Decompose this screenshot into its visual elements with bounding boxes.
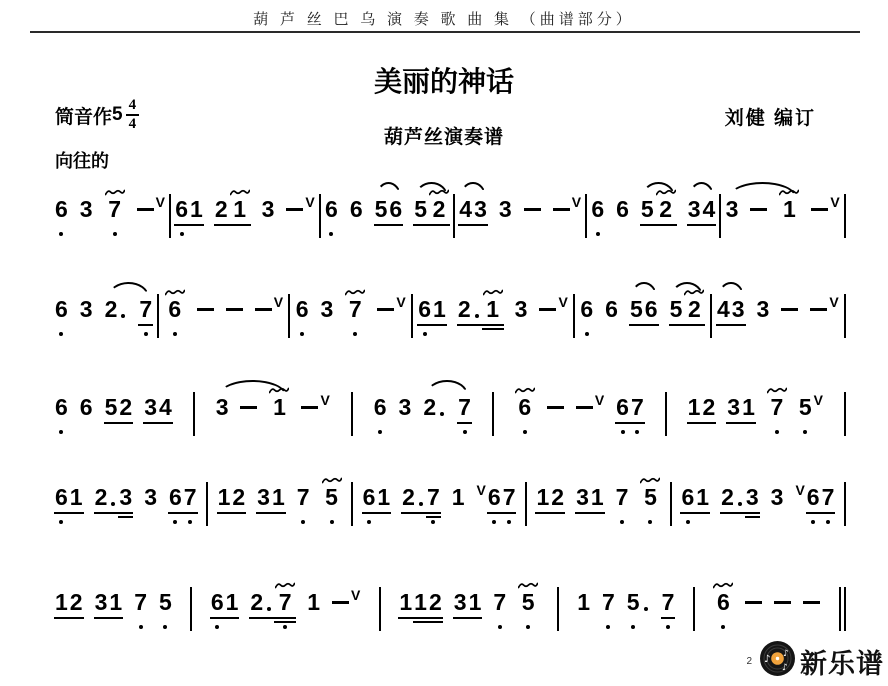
- ornament-slot: [705, 380, 713, 394]
- note-digit: 7: [493, 589, 506, 616]
- note-digit: 2: [429, 589, 442, 616]
- note-glyph: 1: [398, 575, 413, 631]
- ornament-slot: [426, 380, 434, 394]
- underline-slot: [414, 223, 427, 231]
- svg-text:♪: ♪: [783, 649, 789, 659]
- note-glyph: [773, 575, 792, 631]
- note-glyph: 7: [426, 470, 441, 526]
- eighth-underline: [174, 224, 189, 226]
- underline-slot: [269, 421, 289, 429]
- ornament-slot: [736, 470, 744, 484]
- note-glyph: [225, 282, 244, 338]
- note-digit: 6: [616, 394, 629, 421]
- low-octave-dot: [596, 232, 600, 236]
- note-digit: 2: [551, 484, 564, 511]
- ornament-slot: [147, 380, 155, 394]
- note-token: 31: [726, 380, 756, 436]
- note-token: 5: [321, 470, 343, 526]
- note-glyph: 6: [54, 182, 69, 238]
- eighth-underline: [413, 617, 428, 619]
- underline-slot: [551, 511, 564, 519]
- underline-slot: [377, 511, 390, 519]
- underline-slot: [80, 323, 93, 331]
- note-main: V: [305, 196, 314, 223]
- note-token: 3: [756, 282, 771, 338]
- barline: [719, 194, 721, 238]
- octave-dot-slot: [515, 331, 528, 338]
- octave-dot-slot: [297, 519, 310, 526]
- ornament-slot: [580, 380, 588, 394]
- eighth-underline: [158, 422, 173, 424]
- barline: [844, 482, 846, 526]
- eighth-underline: [550, 512, 565, 514]
- note-main: 7: [297, 484, 310, 511]
- ornament-slot: [298, 282, 306, 296]
- eighth-underline: [683, 324, 705, 326]
- note-main: V: [351, 589, 360, 616]
- eighth-underline: [94, 617, 109, 619]
- underline-slot: [105, 223, 125, 231]
- octave-dot-slot: [414, 624, 427, 631]
- eighth-underline: [108, 512, 118, 514]
- note-main: 2: [232, 484, 245, 511]
- underline-slot: [458, 421, 471, 429]
- note-glyph: 6: [295, 282, 310, 338]
- brand-name: 新乐谱: [800, 642, 884, 681]
- underline-slot: [572, 223, 581, 231]
- note-token: 5V: [798, 380, 824, 436]
- underline-slot: [781, 323, 798, 331]
- note-glyph: 6: [680, 470, 695, 526]
- note-main: 3: [746, 484, 759, 511]
- note-digit: 5: [670, 296, 683, 323]
- note-digit: 1: [486, 296, 499, 323]
- note-token: 67: [168, 470, 198, 526]
- underline-slot: [321, 323, 334, 331]
- eighth-underline: [143, 422, 158, 424]
- low-octave-dot: [811, 520, 815, 524]
- note-main: 3: [80, 296, 93, 323]
- ornament-slot: [473, 282, 481, 296]
- note-digit: 4: [703, 196, 716, 223]
- barline: [411, 294, 413, 338]
- low-octave-dot: [330, 520, 334, 524]
- measure: 123175: [217, 470, 343, 526]
- note-main: V: [477, 484, 486, 511]
- octave-dot-slot: [137, 231, 154, 238]
- underline-slot: [577, 616, 590, 624]
- barline: [169, 194, 171, 238]
- note-digit: 3: [727, 394, 740, 421]
- note-glyph: [196, 282, 215, 338]
- ornament-slot: [608, 282, 616, 296]
- underline-slot: [732, 323, 745, 331]
- underline-slot: [320, 421, 329, 429]
- barline: [193, 392, 195, 436]
- note-digit: 6: [389, 196, 402, 223]
- eighth-underline: [398, 617, 413, 619]
- octave-dot-slot: [296, 331, 309, 338]
- barline: [190, 587, 192, 631]
- ornament-slot: [327, 182, 335, 196]
- underline-slot: [351, 616, 360, 624]
- measure: 31V: [215, 380, 331, 436]
- note-digit: 5: [641, 196, 654, 223]
- ornament-slot: [72, 470, 80, 484]
- ornament-slot: [728, 182, 736, 196]
- note-digit: 1: [273, 394, 286, 421]
- note-token: 56: [629, 282, 659, 338]
- note-token: 23: [720, 470, 760, 526]
- note-token: V: [300, 380, 330, 436]
- eighth-underline: [735, 512, 745, 514]
- octave-dot-slot: [272, 519, 285, 526]
- ornament-slot: [496, 575, 504, 589]
- final-barline: [839, 587, 846, 631]
- note-main: 6: [580, 296, 593, 323]
- octave-dot-slot: [726, 231, 739, 238]
- note-glyph: 6: [210, 575, 225, 631]
- note-glyph: [523, 182, 542, 238]
- note-main: 6: [717, 589, 730, 616]
- note-glyph: 2: [231, 470, 246, 526]
- note-glyph: [300, 380, 319, 436]
- eighth-underline: [432, 324, 447, 326]
- octave-dot-slot: [799, 429, 812, 436]
- note-token: 5: [517, 575, 539, 631]
- octave-dot-slot: [630, 331, 643, 338]
- ornament-slot: [551, 380, 559, 394]
- measure: 61233V67: [680, 470, 835, 526]
- note-digit: 1: [536, 484, 549, 511]
- octave-dot-slot: [134, 624, 147, 631]
- note-token: 3: [79, 282, 94, 338]
- octave-dot-slot: [321, 331, 334, 338]
- note-main: 2: [429, 589, 442, 616]
- ornament-slot: [57, 282, 65, 296]
- measure: 665234: [590, 182, 716, 238]
- underline-slot: [717, 323, 730, 331]
- note-token: V: [809, 282, 839, 338]
- octave-dot-slot: [727, 429, 740, 436]
- note-main: 1: [190, 196, 203, 223]
- ornament-slot: [141, 182, 149, 196]
- note-main: 6: [55, 394, 68, 421]
- note-digit: 6: [168, 296, 181, 323]
- note-token: 31: [453, 575, 483, 631]
- low-octave-dot: [353, 332, 357, 336]
- note-main: 4: [703, 196, 716, 223]
- augmentation-dot: [267, 607, 271, 611]
- note-glyph: V: [557, 282, 568, 338]
- note-token: 3: [320, 282, 335, 338]
- octave-dot-slot: [109, 519, 117, 526]
- note-main: 1: [414, 589, 427, 616]
- ornament-slot: [142, 282, 150, 296]
- breath-mark-icon: V: [830, 194, 839, 210]
- note-glyph: [538, 282, 557, 338]
- note-glyph: 1: [217, 470, 232, 526]
- eighth-underline: [655, 224, 677, 226]
- note-token: 27: [249, 575, 296, 631]
- note-digit: 1: [742, 394, 755, 421]
- octave-dot-slot: [427, 519, 440, 526]
- ornament-slot: [618, 470, 626, 484]
- octave-dot-slot: [305, 231, 314, 238]
- eighth-underline: [821, 512, 836, 514]
- breath-mark-icon: V: [156, 194, 165, 210]
- note-glyph: 5: [158, 575, 173, 631]
- note-digit: 5: [522, 589, 535, 616]
- barline: [453, 194, 455, 238]
- note-glyph: 6: [712, 575, 734, 631]
- note-token: 7: [344, 282, 366, 338]
- octave-dot-slot: [429, 624, 442, 631]
- note-main: 7: [770, 394, 783, 421]
- underline-slot: [105, 421, 118, 429]
- underline-slot: [272, 511, 285, 519]
- note-main: [547, 394, 564, 421]
- note-glyph: 3: [143, 470, 158, 526]
- note-digit: 3: [474, 196, 487, 223]
- eighth-underline: [231, 512, 246, 514]
- low-octave-dot: [59, 232, 63, 236]
- vinyl-record-icon: ♪ ♪ ♪: [759, 640, 796, 682]
- dash-duration-line: [811, 208, 828, 211]
- low-octave-dot: [648, 520, 652, 524]
- low-octave-dot: [163, 625, 167, 629]
- ornament-slot: [779, 575, 787, 589]
- note-glyph: 7: [138, 282, 153, 338]
- mordent-icon: [640, 470, 660, 484]
- underline-slot: [156, 223, 165, 231]
- underline-slot: [414, 616, 427, 624]
- underline-slot: [795, 511, 804, 519]
- note-glyph: 1: [189, 182, 204, 238]
- note-glyph: V: [304, 182, 315, 238]
- underline-slot: [119, 323, 127, 331]
- low-octave-dot: [173, 332, 177, 336]
- measure: 61213V: [417, 282, 569, 338]
- note-main: [539, 296, 556, 323]
- ornament-slot: [501, 182, 509, 196]
- octave-dot-slot: [144, 519, 157, 526]
- low-octave-dot: [585, 332, 589, 336]
- octave-dot-slot: [591, 231, 604, 238]
- note-digit: 6: [616, 196, 629, 223]
- ornament-slot: [306, 380, 314, 394]
- octave-dot-slot: [536, 519, 549, 526]
- note-digit: 7: [134, 589, 147, 616]
- octave-dot-slot: [119, 331, 127, 338]
- augmentation-dot: [121, 314, 125, 318]
- note-glyph: 7: [766, 380, 788, 436]
- low-octave-dot: [283, 625, 287, 629]
- note-glyph: 3: [256, 470, 271, 526]
- note-glyph: [546, 380, 565, 436]
- underline-slot: [190, 223, 203, 231]
- note-main: 6: [616, 394, 629, 421]
- note-main: 6: [605, 296, 618, 323]
- note-main: [419, 484, 423, 511]
- octave-dot-slot: [250, 624, 263, 631]
- octave-dot-slot: [641, 231, 654, 238]
- note-digit: 1: [577, 589, 590, 616]
- underline-slot: [262, 223, 275, 231]
- low-octave-dot: [631, 625, 635, 629]
- note-digit: 6: [591, 196, 604, 223]
- octave-dot-slot: [616, 519, 629, 526]
- eighth-underline: [217, 512, 232, 514]
- underline-slot: [727, 421, 740, 429]
- eighth-underline: [502, 512, 517, 514]
- note-token: 7: [133, 575, 148, 631]
- note-glyph: 5: [639, 470, 661, 526]
- note-main: [377, 296, 394, 323]
- dash-duration-line: [524, 208, 541, 211]
- note-main: 1: [218, 484, 231, 511]
- dash-duration-line: [286, 208, 303, 211]
- note-main: 7: [349, 296, 362, 323]
- ornament-slot: [260, 470, 268, 484]
- underline-slot: [396, 323, 405, 331]
- octave-dot-slot: [750, 231, 767, 238]
- ornament-slot: [109, 470, 117, 484]
- note-token: V: [285, 182, 315, 238]
- octave-dot-slot: [232, 519, 245, 526]
- dash-duration-line: [547, 406, 564, 409]
- note-glyph: 5: [517, 575, 539, 631]
- note-token: 2: [422, 380, 447, 436]
- slur-group: 31: [215, 380, 291, 436]
- underline-slot: [139, 323, 152, 331]
- underline-slot: [721, 511, 734, 519]
- underline-slot: [829, 323, 838, 331]
- note-glyph: 1: [482, 282, 504, 338]
- dash-duration-line: [226, 308, 243, 311]
- underline-slot: [55, 323, 68, 331]
- eighth-underline: [575, 512, 590, 514]
- octave-dot-slot: [350, 231, 363, 238]
- note-main: 6: [518, 394, 531, 421]
- eighth-underline: [54, 512, 69, 514]
- note-main: V: [572, 196, 581, 223]
- octave-dot-slot: [473, 331, 481, 338]
- note-glyph: V: [350, 575, 361, 631]
- note-glyph: 7: [630, 380, 645, 436]
- eighth-underline: [274, 617, 296, 619]
- eighth-underline: [716, 324, 731, 326]
- note-main: 7: [134, 589, 147, 616]
- note-token: 5: [626, 575, 651, 631]
- underline-slot: [459, 223, 472, 231]
- note-glyph: 1: [229, 182, 251, 238]
- dash-duration-line: [803, 601, 820, 604]
- note-digit: 7: [770, 394, 783, 421]
- note-token: 1: [306, 575, 321, 631]
- underline-slot: [165, 323, 185, 331]
- note-main: 6: [325, 196, 338, 223]
- note-main: 1: [577, 589, 590, 616]
- underline-slot: [275, 616, 295, 624]
- octave-dot-slot: [488, 519, 501, 526]
- ornament-slot: [750, 575, 758, 589]
- note-glyph: [472, 282, 482, 338]
- underline-slot: [616, 421, 629, 429]
- ornament-slot: [72, 575, 80, 589]
- low-octave-dot: [498, 625, 502, 629]
- note-main: [475, 296, 479, 323]
- low-octave-dot: [59, 332, 63, 336]
- note-token: 52: [669, 282, 706, 338]
- svg-text:♪: ♪: [782, 663, 788, 673]
- underline-slot: [332, 616, 349, 624]
- low-octave-dot: [113, 232, 117, 236]
- eighth-underline: [428, 617, 443, 619]
- underline-slot: [631, 421, 644, 429]
- note-glyph: 6: [324, 182, 339, 238]
- ornament-slot: [435, 282, 443, 296]
- note-glyph: V: [829, 182, 840, 238]
- notation-line: 612336712317561271V6712317561233V67: [54, 470, 846, 526]
- barline: [557, 587, 559, 631]
- note-digit: 2: [433, 196, 446, 223]
- note-main: V: [396, 296, 405, 323]
- ornament-slot: [664, 575, 672, 589]
- underline-slot: [518, 616, 538, 624]
- dash-duration-line: [137, 208, 154, 211]
- ornament-slot: [228, 575, 236, 589]
- sixteenth-underline: [482, 328, 504, 330]
- underline-slot: [702, 421, 715, 429]
- eighth-underline: [590, 512, 605, 514]
- barline: [710, 294, 712, 338]
- note-main: 7: [493, 589, 506, 616]
- note-digit: 3: [757, 296, 770, 323]
- octave-dot-slot: [822, 519, 835, 526]
- octave-dot-slot: [640, 519, 660, 526]
- note-main: 5: [159, 589, 172, 616]
- low-octave-dot: [635, 430, 639, 434]
- ornament-slot: [230, 282, 238, 296]
- underline-slot: [417, 511, 425, 519]
- underline-slot: [226, 616, 239, 624]
- note-digit: 7: [184, 484, 197, 511]
- octave-dot-slot: [429, 231, 449, 238]
- sixteenth-underline: [426, 516, 441, 518]
- eighth-underline: [687, 224, 702, 226]
- mordent-icon: [345, 282, 365, 296]
- low-octave-dot: [826, 520, 830, 524]
- ornament-slot: [816, 182, 824, 196]
- note-main: 6: [616, 196, 629, 223]
- octave-dot-slot: [499, 231, 512, 238]
- note-main: 1: [233, 196, 246, 223]
- measure: 637V: [54, 182, 166, 238]
- underline-slot: [503, 511, 516, 519]
- note-main: 6: [418, 296, 431, 323]
- note-digit: 3: [746, 484, 759, 511]
- slur-group: 27: [104, 282, 154, 338]
- octave-dot-slot: [745, 624, 762, 631]
- underline-slot: [215, 223, 228, 231]
- note-token: 6: [579, 282, 594, 338]
- underline-slot: [119, 421, 132, 429]
- octave-dot-slot: [374, 429, 387, 436]
- note-glyph: 2: [550, 470, 565, 526]
- note-token: 6: [604, 282, 619, 338]
- note-digit: 1: [190, 196, 203, 223]
